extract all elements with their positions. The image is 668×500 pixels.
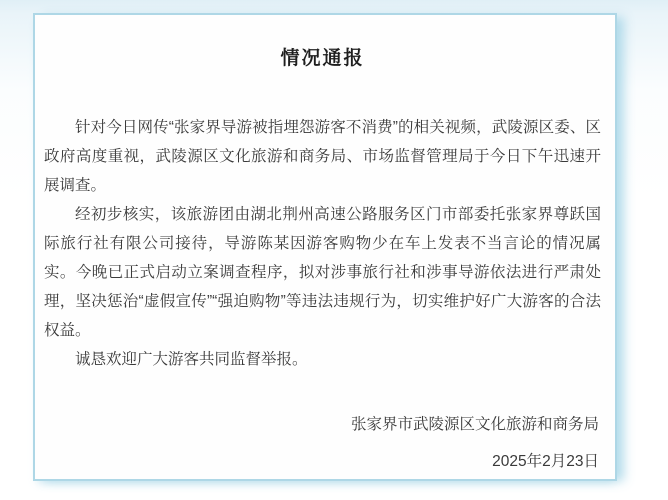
notice-body: 针对今日网传“张家界导游被指埋怨游客不消费”的相关视频，武陵源区委、区政府高度重…	[44, 113, 601, 374]
signature-date: 2025年2月23日	[44, 448, 599, 476]
notice-card: 情况通报 针对今日网传“张家界导游被指埋怨游客不消费”的相关视频，武陵源区委、区…	[33, 13, 617, 481]
notice-title: 情况通报	[44, 46, 601, 72]
signature-block: 张家界市武陵源区文化旅游和商务局 2025年2月23日	[44, 411, 601, 476]
notice-paragraph-3: 诚恳欢迎广大游客共同监督举报。	[44, 345, 601, 374]
notice-paragraph-1: 针对今日网传“张家界导游被指埋怨游客不消费”的相关视频，武陵源区委、区政府高度重…	[44, 113, 601, 200]
signature-agency: 张家界市武陵源区文化旅游和商务局	[44, 411, 599, 439]
notice-paragraph-2: 经初步核实，该旅游团由湖北荆州高速公路服务区门市部委托张家界尊跃国际旅行社有限公…	[44, 200, 601, 345]
